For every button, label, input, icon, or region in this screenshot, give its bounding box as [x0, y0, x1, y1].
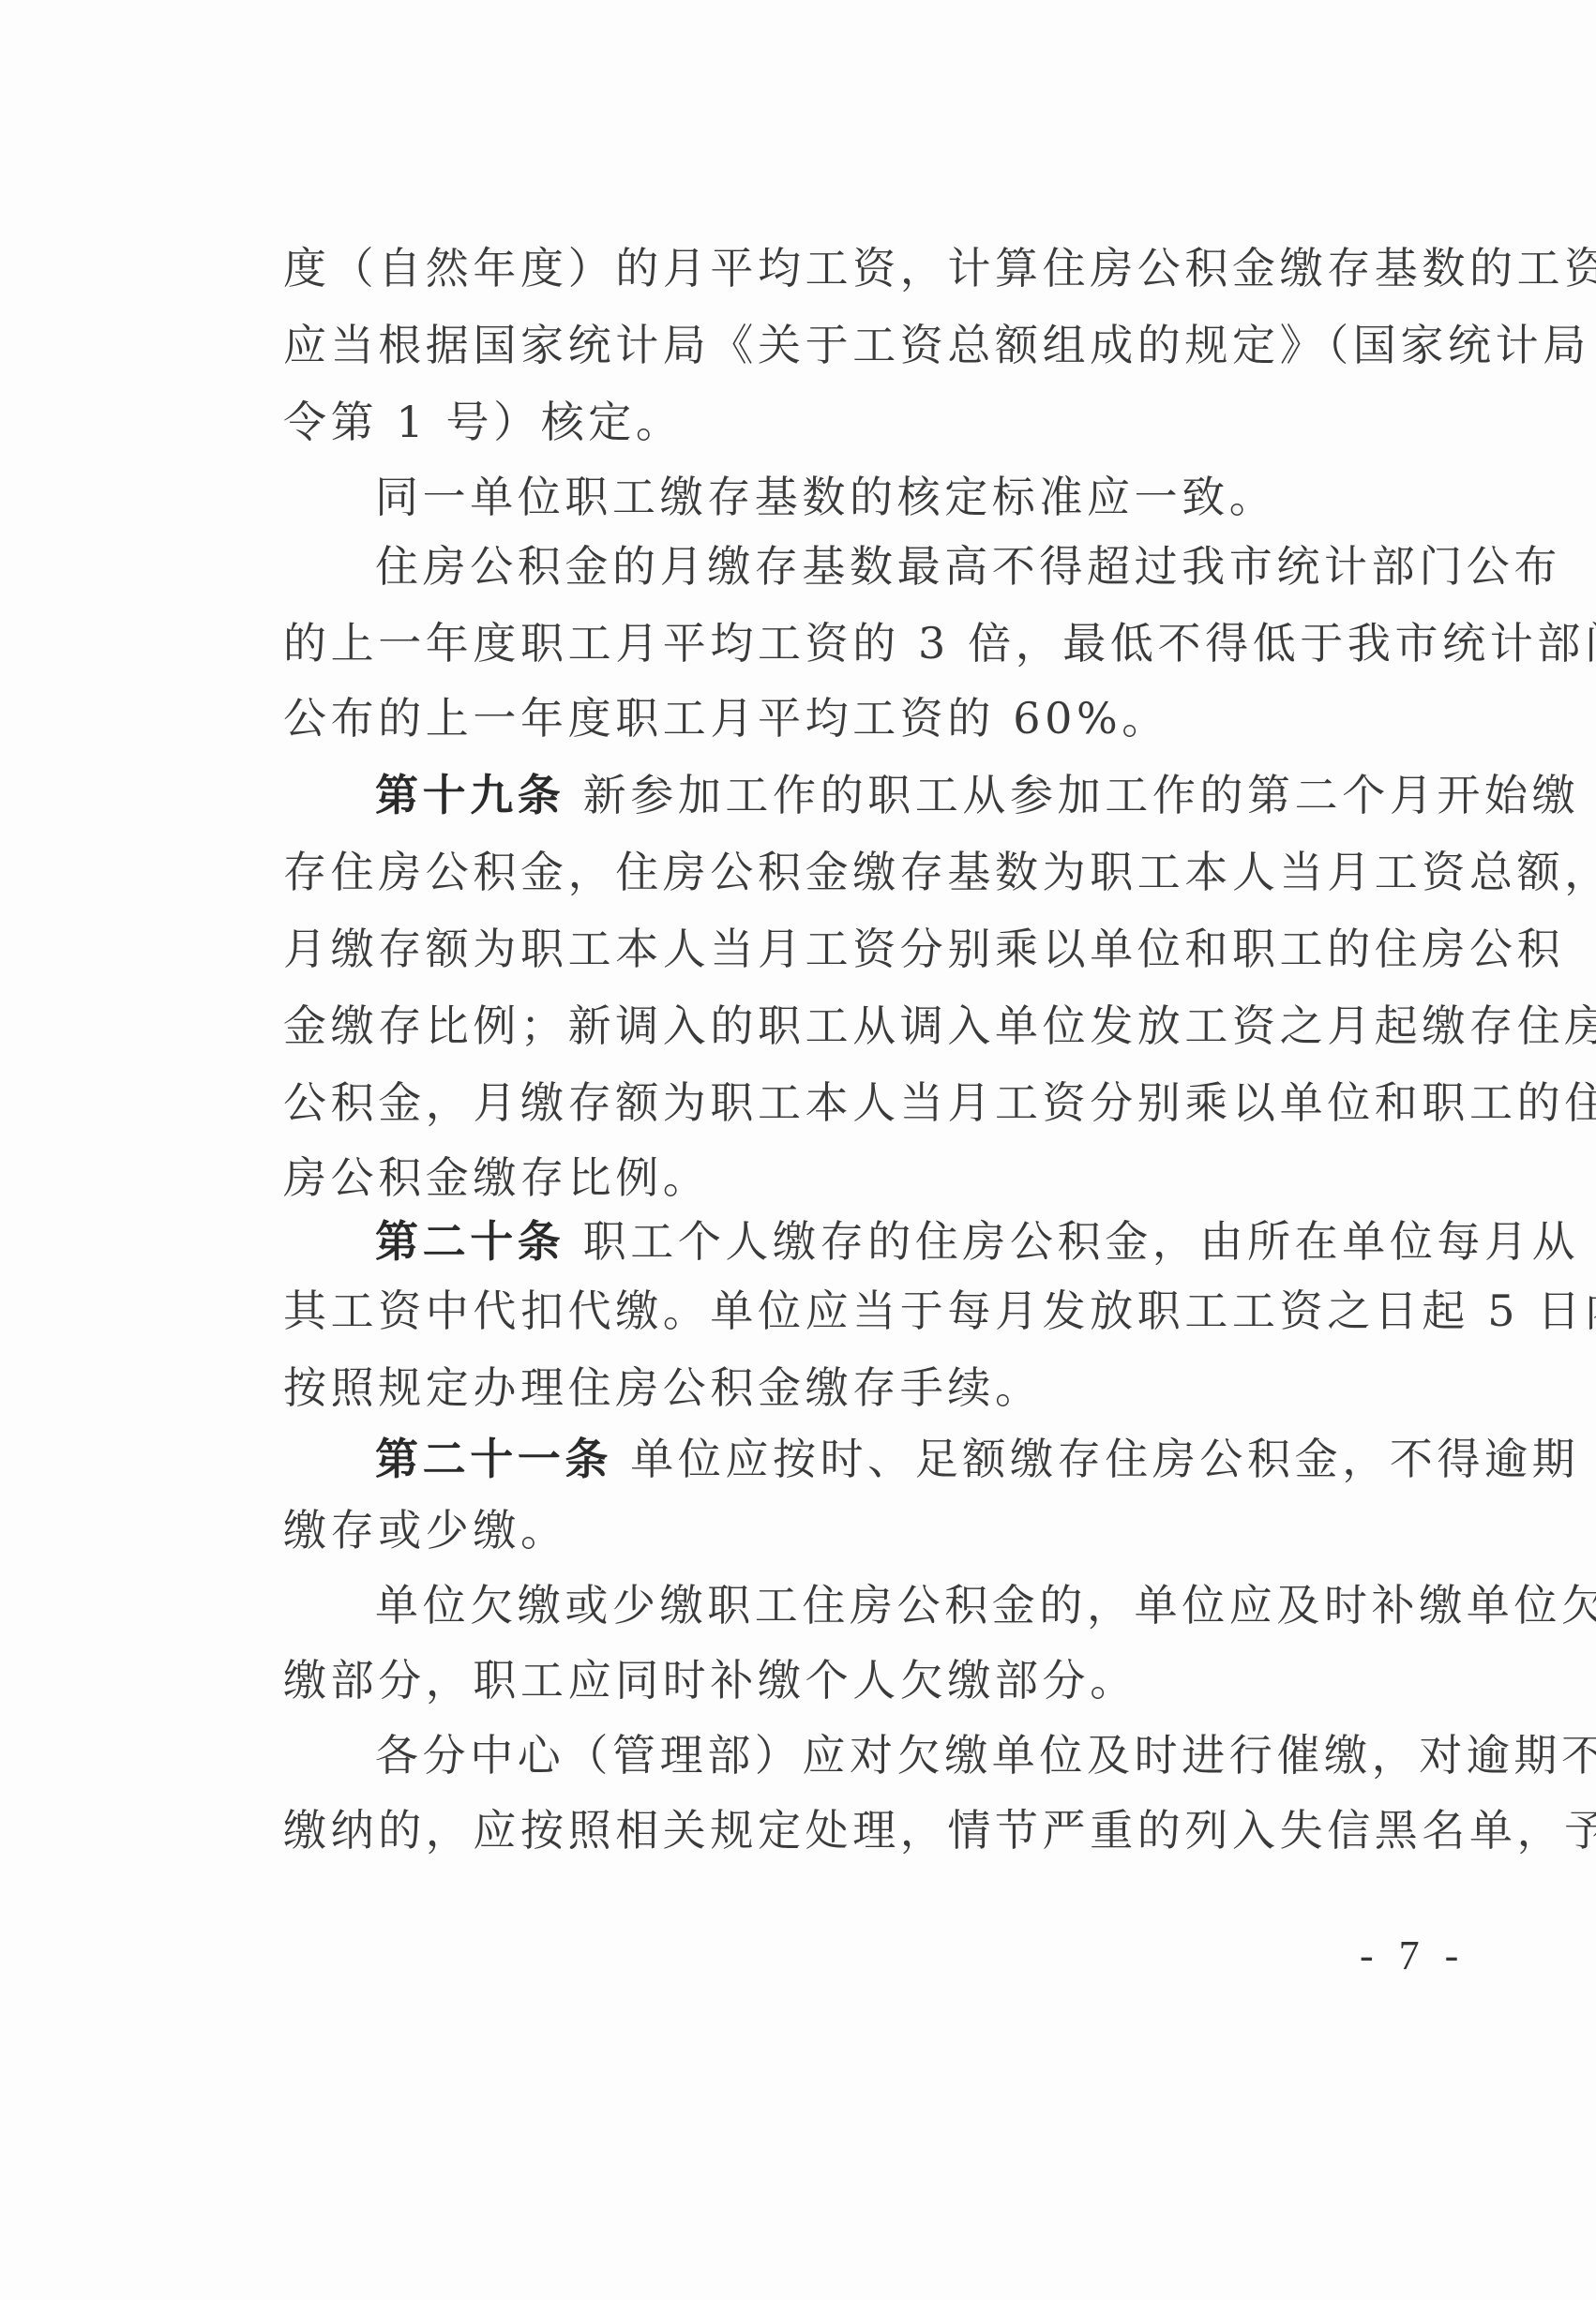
text-line: 各分中心（管理部）应对欠缴单位及时进行催缴，对逾期不: [375, 1729, 1557, 1781]
text-line: 房公积金缴存比例。: [283, 1151, 1465, 1204]
text-line: 应当根据国家统计局《关于工资总额组成的规定》（国家统计局: [283, 319, 1465, 371]
text-line: 度（自然年度）的月平均工资，计算住房公积金缴存基数的工资: [283, 242, 1465, 294]
text-line: 缴纳的，应按照相关规定处理，情节严重的列入失信黑名单，予: [283, 1804, 1465, 1857]
text-line: 的上一年度职工月平均工资的 3 倍，最低不得低于我市统计部门: [283, 617, 1465, 669]
text-line: 月缴存额为职工本人当月工资分别乘以单位和职工的住房公积: [283, 923, 1465, 975]
article-heading: 第十九条: [375, 770, 565, 820]
article-19-line: 第十九条 新参加工作的职工从参加工作的第二个月开始缴: [375, 769, 1557, 821]
text-line: 令第 1 号）核定。: [283, 396, 1465, 448]
document-page: 度（自然年度）的月平均工资，计算住房公积金缴存基数的工资 应当根据国家统计局《关…: [0, 0, 1596, 2300]
page-number: - 7 -: [1360, 1932, 1466, 1979]
text-line: 住房公积金的月缴存基数最高不得超过我市统计部门公布: [375, 540, 1557, 593]
text-line: 按照规定办理住房公积金缴存手续。: [283, 1361, 1465, 1414]
text-line: 缴部分，职工应同时补缴个人欠缴部分。: [283, 1654, 1465, 1706]
text-line: 存住房公积金，住房公积金缴存基数为职工本人当月工资总额，: [283, 846, 1465, 898]
article-20-line: 第二十条 职工个人缴存的住房公积金，由所在单位每月从: [375, 1215, 1557, 1268]
text-line: 金缴存比例；新调入的职工从调入单位发放工资之月起缴存住房: [283, 1000, 1465, 1052]
text-line: 同一单位职工缴存基数的核定标准应一致。: [375, 471, 1557, 523]
article-heading: 第二十一条: [375, 1434, 612, 1484]
text-line: 公布的上一年度职工月平均工资的 60%。: [283, 692, 1465, 744]
text-line: 单位欠缴或少缴职工住房公积金的，单位应及时补缴单位欠: [375, 1579, 1557, 1631]
text-line: 其工资中代扣代缴。单位应当于每月发放职工工资之日起 5 日内: [283, 1285, 1465, 1337]
text-line: 公积金，月缴存额为职工本人当月工资分别乘以单位和职工的住: [283, 1076, 1465, 1129]
article-heading: 第二十条: [375, 1216, 565, 1267]
article-21-line: 第二十一条 单位应按时、足额缴存住房公积金，不得逾期: [375, 1433, 1557, 1485]
text-line: 缴存或少缴。: [283, 1504, 1465, 1556]
